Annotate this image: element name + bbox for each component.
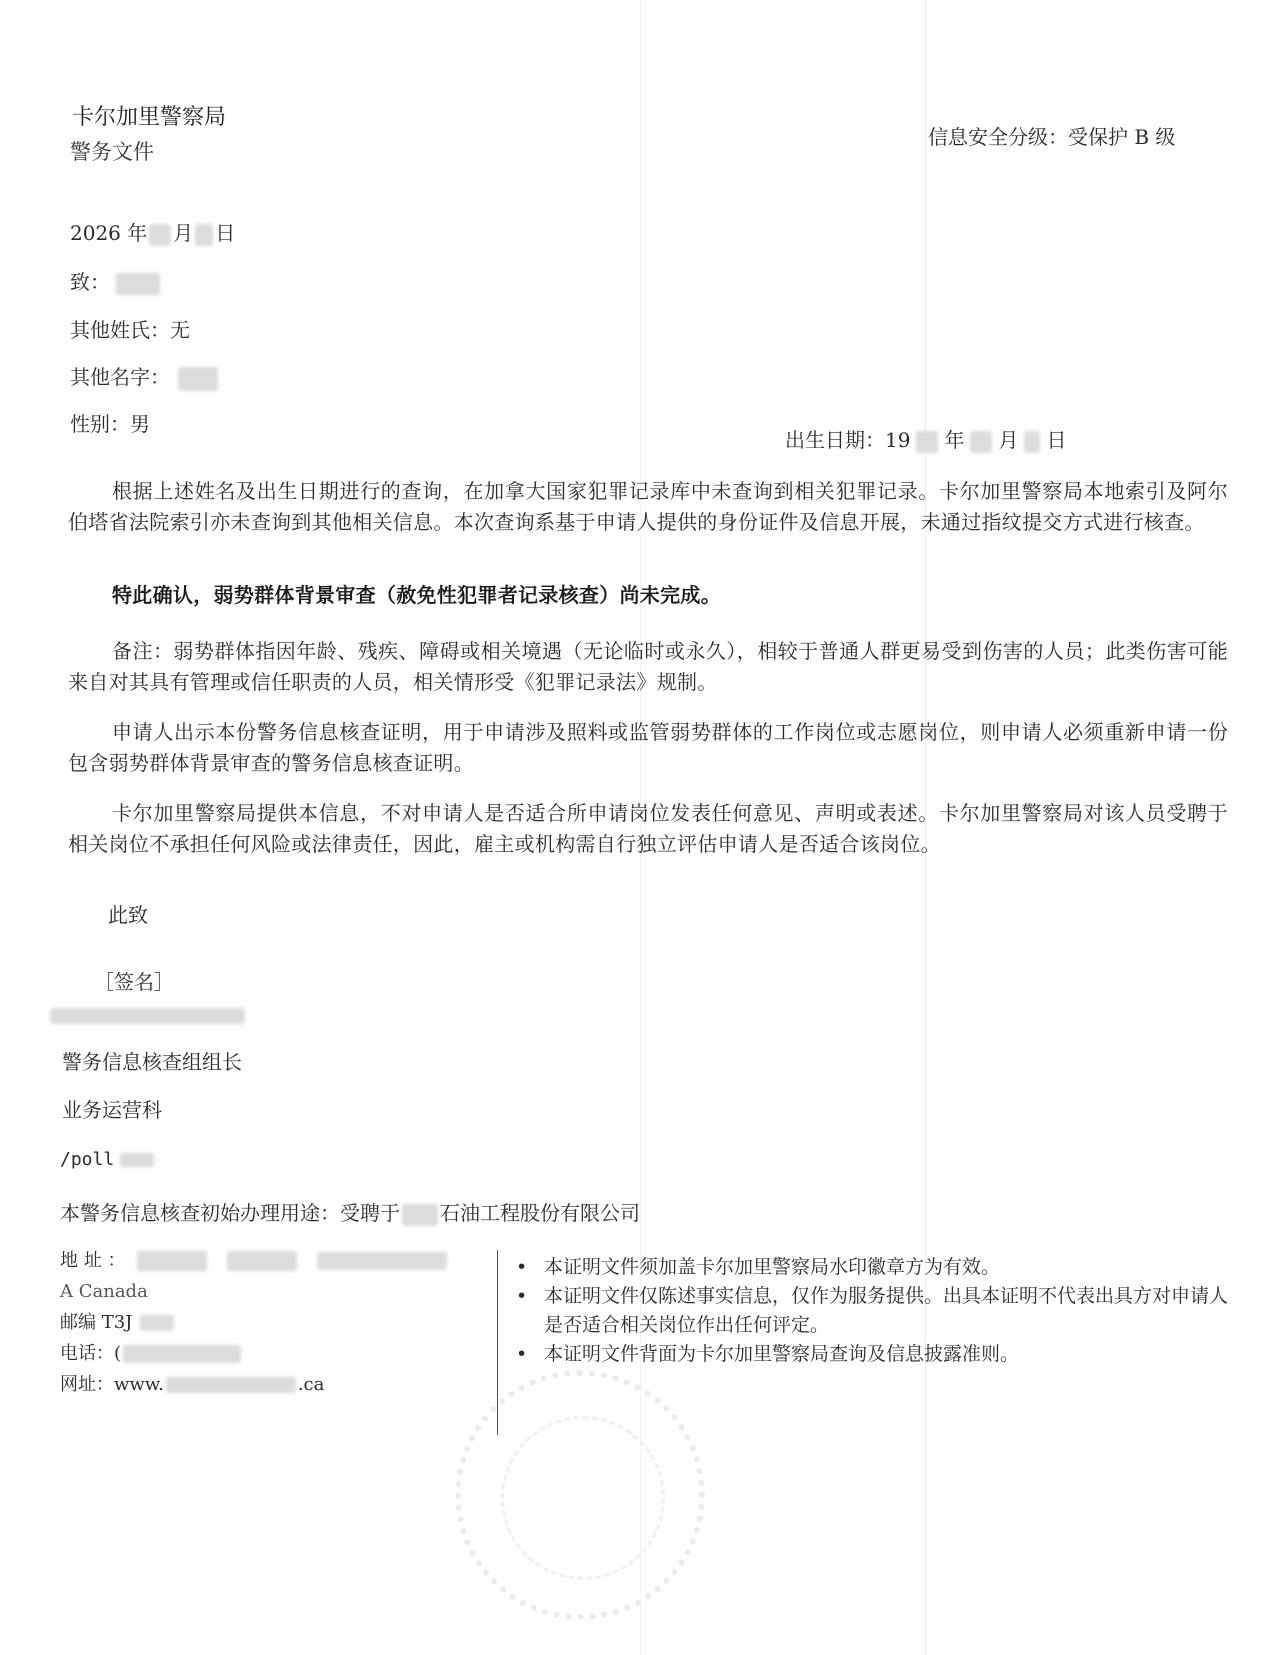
issue-date: 2026 年月日 — [70, 221, 235, 246]
redacted-dob-year — [916, 431, 938, 453]
phone-label: 电话：( — [60, 1343, 121, 1364]
other-surnames-value: 无 — [170, 318, 190, 342]
address-line: 地 址 ： — [60, 1245, 447, 1276]
usage-line: 本警务信息核查初始办理用途：受聘于石油工程股份有限公司 — [60, 1201, 640, 1226]
address-line-2: A Canada — [60, 1276, 447, 1307]
dob-day-label: 日 — [1046, 428, 1066, 452]
note-item: • 本证明文件背面为卡尔加里警察局查询及信息披露准则。 — [512, 1340, 1232, 1369]
usage-label: 本警务信息核查初始办理用途： — [60, 1201, 340, 1225]
security-classification: 信息安全分级：受保护 B 级 — [928, 124, 1175, 150]
redacted-phone — [123, 1345, 241, 1363]
contact-block: 地 址 ： A Canada 邮编 T3J 电话：( 网址：www..ca — [60, 1245, 447, 1400]
redacted-address-3 — [317, 1252, 447, 1270]
date-year: 2026 年 — [70, 221, 147, 245]
redacted-name-block — [50, 1008, 245, 1024]
address-label: 地 址 ： — [60, 1250, 125, 1271]
note-text: 本证明文件背面为卡尔加里警察局查询及信息披露准则。 — [544, 1340, 1232, 1369]
dob-month-label: 月 — [998, 428, 1018, 452]
website-suffix: .ca — [298, 1374, 325, 1395]
note-item: • 本证明文件须加盖卡尔加里警察局水印徽章方为有效。 — [512, 1253, 1232, 1282]
watermark-seal-icon — [455, 1370, 705, 1620]
website-line: 网址：www..ca — [60, 1369, 447, 1400]
confirmation-paragraph: 特此确认，弱势群体背景审查（赦免性犯罪者记录核查）尚未完成。 — [68, 580, 1228, 611]
reference-line: /poll — [60, 1148, 154, 1172]
postal-code-line: 邮编 T3J — [60, 1307, 447, 1338]
dob-year-prefix: 19 — [885, 428, 910, 452]
redacted-recipient-name — [116, 273, 160, 295]
postal-label: 邮编 T3J — [60, 1312, 132, 1333]
redacted-day — [195, 224, 213, 246]
reapply-paragraph: 申请人出示本份警务信息核查证明，用于申请涉及照料或监管弱势群体的工作岗位或志愿岗… — [68, 717, 1228, 779]
document-type: 警务文件 — [70, 138, 154, 166]
website-prefix: 网址：www. — [60, 1374, 164, 1395]
other-surnames-line: 其他姓氏：无 — [70, 318, 190, 342]
note-text: 本证明文件仅陈述事实信息，仅作为服务提供。出具本证明不代表出具方对申请人是否适合… — [544, 1282, 1232, 1340]
dob-year-label: 年 — [944, 428, 964, 452]
note-item: • 本证明文件仅陈述事实信息，仅作为服务提供。出具本证明不代表出具方对申请人是否… — [512, 1282, 1232, 1340]
redacted-company-name — [402, 1204, 438, 1226]
seal-inner-ring — [501, 1416, 665, 1580]
redacted-address-2 — [227, 1251, 297, 1271]
document-page: 卡尔加里警察局 警务文件 信息安全分级：受保护 B 级 2026 年月日 致： … — [0, 0, 1279, 1655]
redacted-address-1 — [137, 1251, 207, 1271]
bullet-icon: • — [512, 1282, 544, 1340]
redacted-dob-day — [1024, 431, 1040, 453]
redacted-website — [166, 1377, 296, 1393]
redacted-month — [149, 224, 171, 246]
dob-label: 出生日期： — [785, 428, 885, 452]
redacted-signatory-name — [50, 1005, 245, 1024]
bullet-icon: • — [512, 1253, 544, 1282]
note-text: 本证明文件须加盖卡尔加里警察局水印徽章方为有效。 — [544, 1253, 1232, 1282]
date-of-birth: 出生日期：19年月日 — [785, 428, 1066, 453]
closing-regards: 此致 — [108, 903, 148, 927]
redacted-dob-month — [970, 431, 992, 453]
phone-line: 电话：( — [60, 1338, 447, 1369]
notes-list: • 本证明文件须加盖卡尔加里警察局水印徽章方为有效。 • 本证明文件仅陈述事实信… — [512, 1253, 1232, 1369]
signatory-department: 业务运营科 — [62, 1098, 162, 1122]
recipient-label: 致： — [70, 270, 110, 294]
gender-line: 性别：男 — [70, 412, 150, 436]
agency-name: 卡尔加里警察局 — [72, 104, 226, 132]
redacted-other-names — [178, 367, 218, 391]
recipient-line: 致： — [70, 270, 160, 295]
reference-prefix: /poll — [60, 1149, 114, 1170]
gender-value: 男 — [130, 412, 150, 436]
usage-prefix: 受聘于 — [340, 1201, 400, 1225]
disclaimer-paragraph: 卡尔加里警察局提供本信息，不对申请人是否适合所申请岗位发表任何意见、声明或表述。… — [68, 798, 1228, 860]
note-paragraph: 备注：弱势群体指因年龄、残疾、障碍或相关境遇（无论临时或永久），相较于普通人群更… — [68, 636, 1228, 698]
other-names-label: 其他名字： — [70, 365, 170, 389]
address-country: A Canada — [60, 1281, 148, 1302]
signature-label: ［签名］ — [94, 970, 174, 994]
date-day-label: 日 — [215, 221, 235, 245]
other-surnames-label: 其他姓氏： — [70, 318, 170, 342]
bullet-icon: • — [512, 1340, 544, 1369]
redacted-reference — [120, 1153, 154, 1167]
usage-company-suffix: 石油工程股份有限公司 — [440, 1201, 640, 1225]
gender-label: 性别： — [70, 412, 130, 436]
other-names-line: 其他名字： — [70, 365, 218, 391]
date-month-label: 月 — [173, 221, 193, 245]
redacted-postal-code — [140, 1315, 174, 1331]
signatory-title: 警务信息核查组组长 — [62, 1050, 242, 1074]
search-result-paragraph: 根据上述姓名及出生日期进行的查询，在加拿大国家犯罪记录库中未查询到相关犯罪记录。… — [68, 476, 1228, 538]
